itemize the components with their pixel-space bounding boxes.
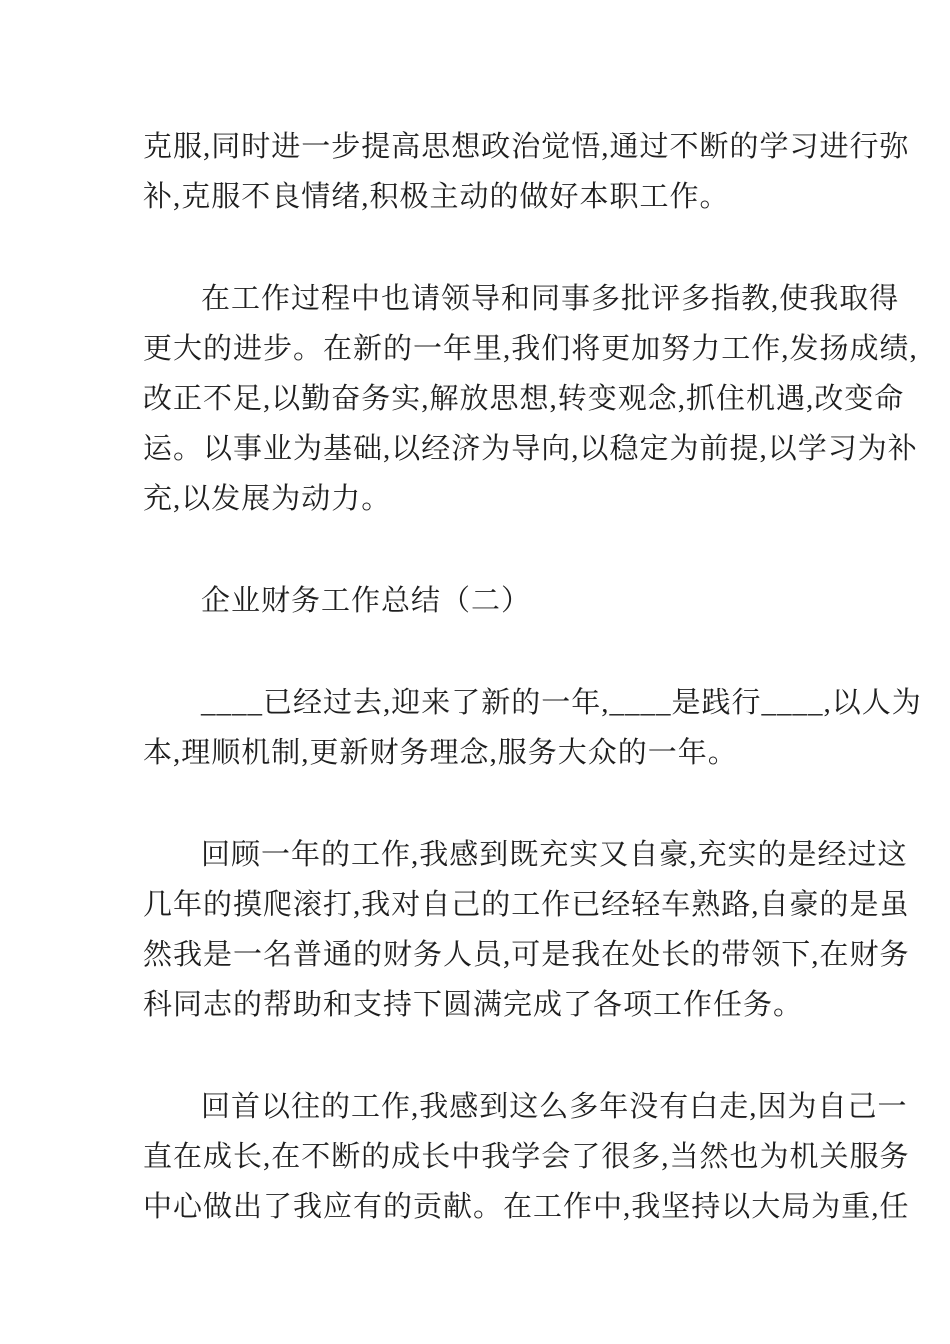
text-line: 几年的摸爬滚打,我对自己的工作已经轻车熟路,自豪的是虽 <box>143 880 820 930</box>
paragraph: ____已经过去,迎来了新的一年,____是践行____,以人为 本,理顺机制,… <box>143 678 820 778</box>
text-line: 改正不足,以勤奋务实,解放思想,转变观念,抓住机遇,改变命 <box>143 374 820 424</box>
text-line: 中心做出了我应有的贡献。在工作中,我坚持以大局为重,任 <box>143 1182 820 1232</box>
section-heading-text: 企业财务工作总结（二） <box>143 576 820 626</box>
text-line: ____已经过去,迎来了新的一年,____是践行____,以人为 <box>143 678 820 728</box>
text-line: 回首以往的工作,我感到这么多年没有白走,因为自己一 <box>143 1082 820 1132</box>
text-line: 回顾一年的工作,我感到既充实又自豪,充实的是经过这 <box>143 830 820 880</box>
text-line: 运。以事业为基础,以经济为导向,以稳定为前提,以学习为补 <box>143 424 820 474</box>
paragraph: 在工作过程中也请领导和同事多批评多指教,使我取得 更大的进步。在新的一年里,我们… <box>143 274 820 524</box>
text-line: 在工作过程中也请领导和同事多批评多指教,使我取得 <box>143 274 820 324</box>
section-heading: 企业财务工作总结（二） <box>143 576 820 626</box>
text-line: 科同志的帮助和支持下圆满完成了各项工作任务。 <box>143 980 820 1030</box>
text-line: 充,以发展为动力。 <box>143 474 820 524</box>
paragraph: 回首以往的工作,我感到这么多年没有白走,因为自己一 直在成长,在不断的成长中我学… <box>143 1082 820 1232</box>
text-line: 更大的进步。在新的一年里,我们将更加努力工作,发扬成绩, <box>143 324 820 374</box>
paragraph: 回顾一年的工作,我感到既充实又自豪,充实的是经过这 几年的摸爬滚打,我对自己的工… <box>143 830 820 1030</box>
text-line: 克服,同时进一步提高思想政治觉悟,通过不断的学习进行弥 <box>143 122 820 172</box>
text-line: 直在成长,在不断的成长中我学会了很多,当然也为机关服务 <box>143 1132 820 1182</box>
paragraph-continuation: 克服,同时进一步提高思想政治觉悟,通过不断的学习进行弥 补,克服不良情绪,积极主… <box>143 122 820 222</box>
text-line: 然我是一名普通的财务人员,可是我在处长的带领下,在财务 <box>143 930 820 980</box>
text-line: 补,克服不良情绪,积极主动的做好本职工作。 <box>143 172 820 222</box>
text-line: 本,理顺机制,更新财务理念,服务大众的一年。 <box>143 728 820 778</box>
document-page: 克服,同时进一步提高思想政治觉悟,通过不断的学习进行弥 补,克服不良情绪,积极主… <box>0 0 950 1344</box>
